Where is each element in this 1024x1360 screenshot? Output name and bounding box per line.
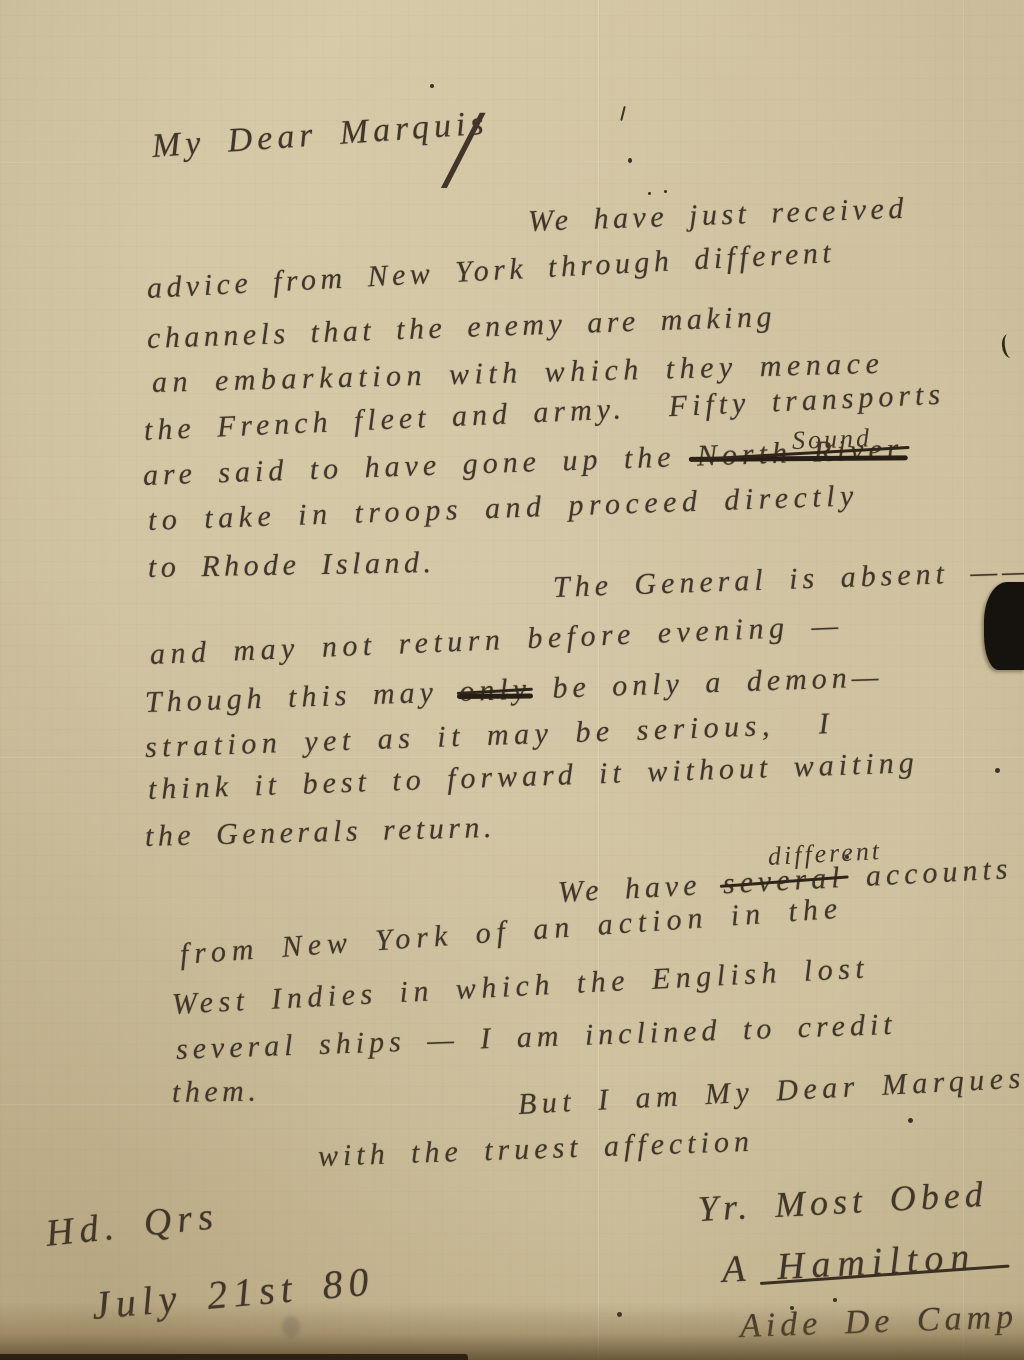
ink-mark [1000,333,1018,359]
struck-text: only [459,673,532,709]
ink-speck [908,1118,913,1123]
ink-speck [648,192,651,195]
ink-speck [995,768,1000,773]
ink-speck [664,190,667,193]
letter-line: and may not return before evening — [149,609,844,672]
struck-text: North River [696,432,904,473]
salutation: My Dear Marquis [151,105,490,166]
line-segment: are said to have gone up the [142,440,697,492]
closing-line: But I am My Dear Marques [517,1061,1024,1122]
page-bottom-shadow [0,1302,1024,1360]
letter-line: advice from New York through different [146,236,836,306]
letter-line: We have just received [527,192,908,239]
letter-line: several ships — I am inclined to credit [175,1008,897,1067]
letter-line: The General is absent —— [552,554,1024,605]
line-segment: Though this may [144,675,459,719]
horizontal-fold-line [0,1104,1024,1106]
salutation-flourish: / [446,86,477,215]
letter-line: them. [172,1074,261,1110]
letter-line: to Rhode Island. [148,546,436,585]
ink-speck [620,106,626,121]
letter-page: My Dear Marquis / We have just received … [0,0,1024,1360]
ink-blot [984,582,1024,670]
letter-line: channels that the enemy are making [146,300,776,356]
dateline-place: Hd. Qrs [44,1194,221,1256]
closing-line: Yr. Most Obed [697,1173,989,1230]
letter-line: the Generals return. [145,811,497,854]
ink-speck [628,158,632,163]
line-segment: be only a demon— [530,660,884,705]
ink-speck [845,855,849,859]
closing-line: with the truest affection [317,1125,754,1174]
ink-speck [430,84,434,88]
page-edge-line [0,1354,468,1360]
vertical-fold-line [963,0,965,1360]
